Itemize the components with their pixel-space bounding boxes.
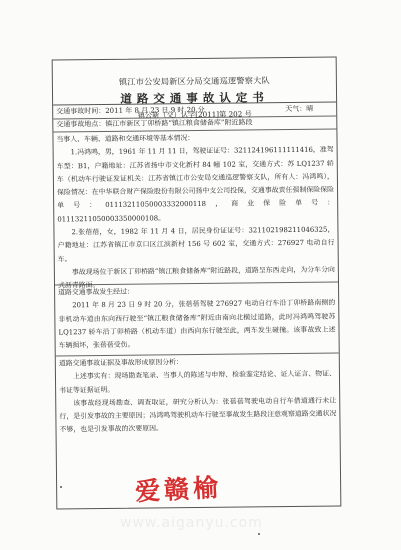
accident-time: 交通事故时间：2011 年 8 月 23 日 9 时 20 分 bbox=[56, 105, 205, 118]
organization-name: 镇江市公安局新区分局交通巡逻警察大队 bbox=[53, 58, 336, 89]
party-2-info: 2.张蓓蓓，女，1982 年 11 月 4 日，居民身份证证号：32110219… bbox=[57, 224, 334, 267]
scan-speck bbox=[60, 486, 62, 488]
weather: 天气：晴 bbox=[285, 103, 313, 115]
accident-location-value: 镇江市新区丁卯桥路“镇江粮食储备库”附近路段 bbox=[105, 118, 252, 131]
accident-process-section: 道路交通事故发生经过： 2011 年 8 月 23 日 9 时 20 分，张蓓蓓… bbox=[55, 283, 339, 357]
weather-value: 晴 bbox=[306, 104, 313, 112]
accident-process-text: 2011 年 8 月 23 日 9 时 20 分，张蓓蓓驾驶 276927 电动… bbox=[58, 297, 336, 353]
accident-location-label: 交通事故地点： bbox=[56, 119, 105, 131]
document-header: 镇江市公安局新区分局交通巡逻警察大队 道路交通事故认定书 镇公新（交）认字[20… bbox=[53, 58, 336, 106]
scan-speck bbox=[258, 533, 260, 535]
accident-report-sheet: 镇江市公安局新区分局交通巡逻警察大队 道路交通事故认定书 镇公新（交）认字[20… bbox=[52, 57, 342, 510]
weather-label: 天气： bbox=[285, 105, 306, 113]
red-stamp-text: 爱赣榆 bbox=[134, 468, 223, 509]
watermark: www.aiganyu.com bbox=[120, 515, 263, 531]
analysis-text: 该事故经现场勘查、调查取证，研究分析认为：张蓓蓓驾驶电动自行车借道通行未让行，是… bbox=[59, 394, 336, 437]
accident-time-label: 交通事故时间： bbox=[56, 107, 105, 116]
party-1-info: 1.冯鸿鸣，男，1961 年 11 月 11 日，驾驶证证号：321124196… bbox=[57, 144, 335, 227]
basic-info-section: 当事人、车辆、道路和交通环境等基本情况： 1.冯鸿鸣，男，1961 年 11 月… bbox=[53, 130, 338, 286]
evidence-text: 上述事实有：现场勘查笔录、当事人的陈述与申辩、检验鉴定结论、证人证言、物证、书证… bbox=[59, 368, 336, 397]
accident-time-value: 2011 年 8 月 23 日 9 时 20 分 bbox=[105, 106, 205, 115]
evidence-analysis-section: 道路交通事故证据及事故形成原因分析： 上述事实有：现场勘查笔录、当事人的陈述与申… bbox=[56, 354, 340, 439]
